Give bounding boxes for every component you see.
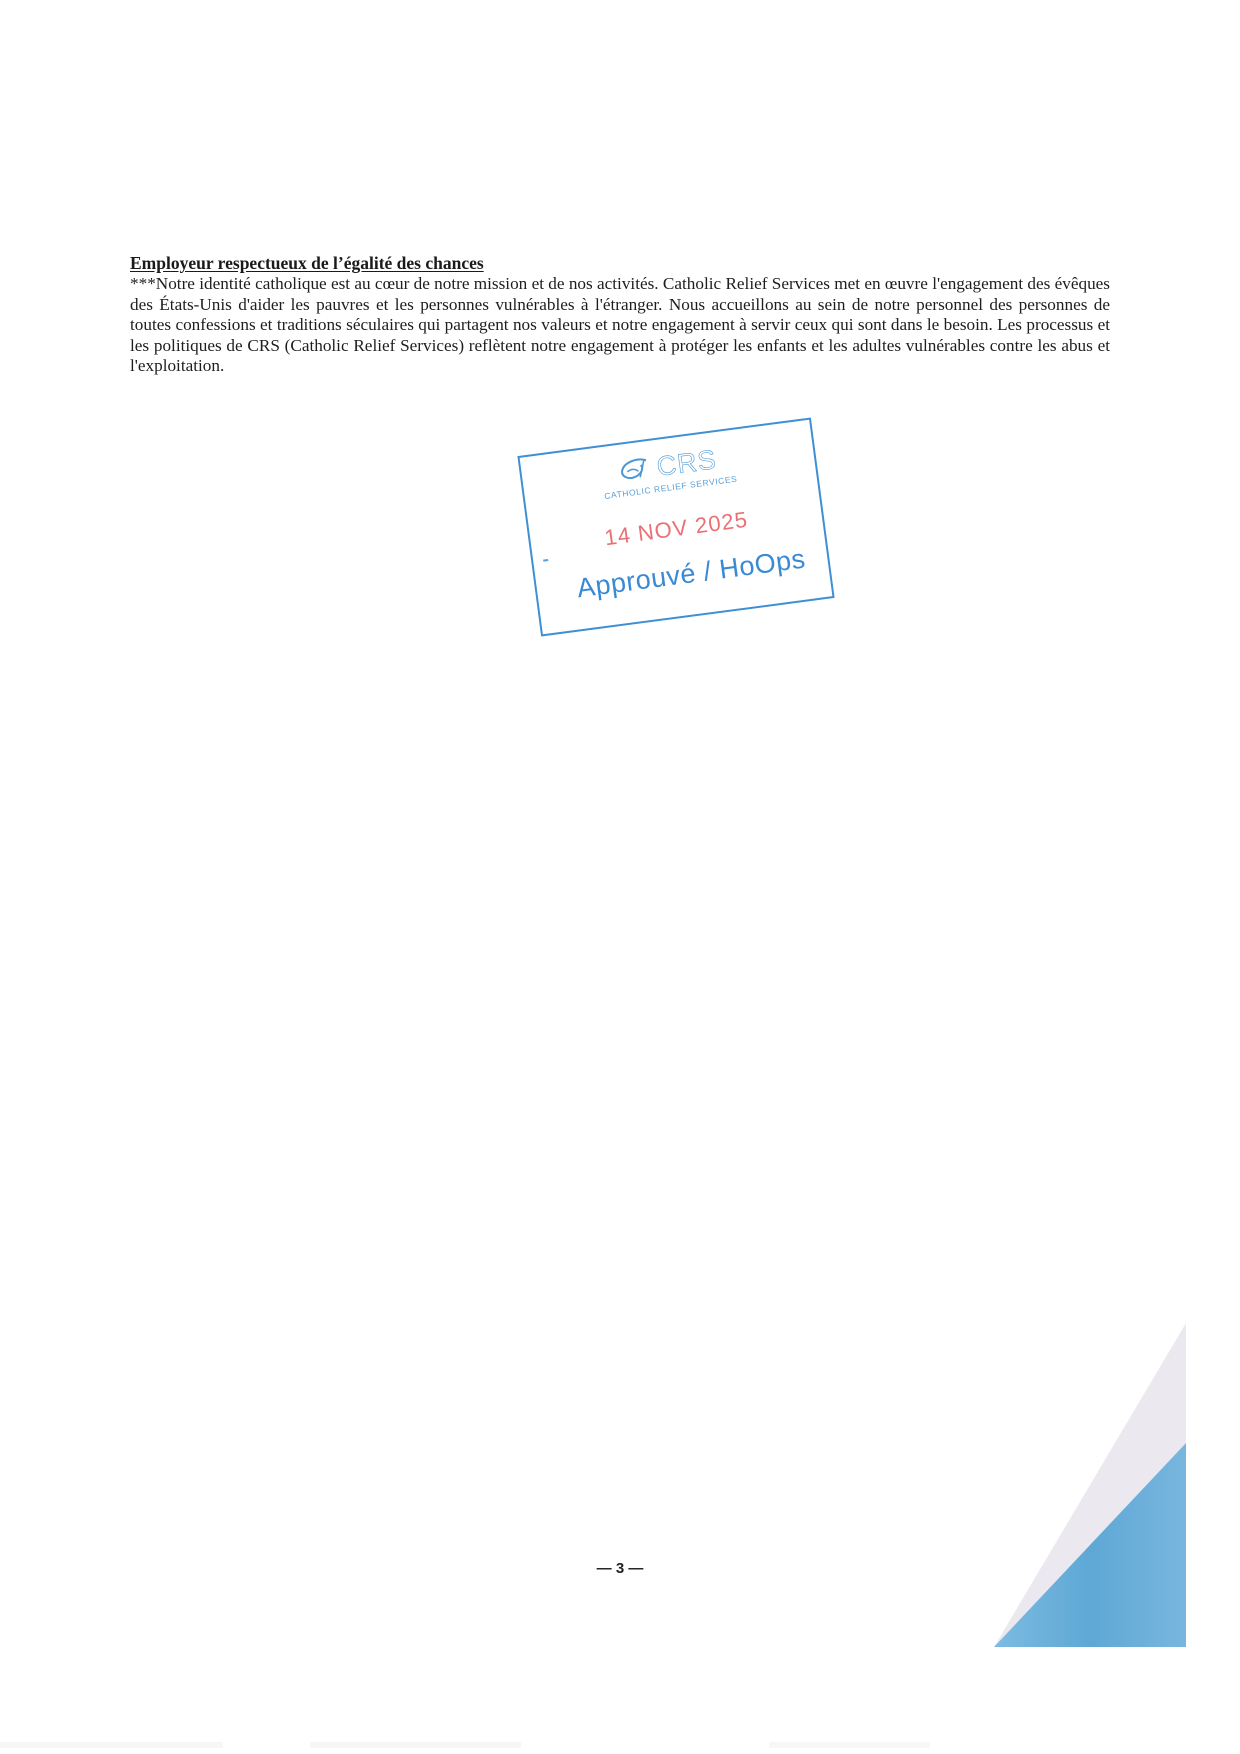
section-heading: Employeur respectueux de l’égalité des c… bbox=[130, 253, 1110, 274]
approval-stamp: CRS CATHOLIC RELIEF SERVICES 14 NOV 2025… bbox=[517, 417, 834, 636]
corner-triangle-graphic-icon bbox=[990, 1315, 1190, 1655]
scan-artifact bbox=[0, 1742, 1240, 1748]
crs-logo-icon bbox=[618, 457, 655, 483]
equal-opportunity-section: Employeur respectueux de l’égalité des c… bbox=[130, 253, 1110, 377]
stamp-logo-text: CRS bbox=[655, 446, 718, 480]
stamp-logo: CRS CATHOLIC RELIEF SERVICES bbox=[521, 434, 816, 512]
section-body-text: ***Notre identité catholique est au cœur… bbox=[130, 274, 1110, 377]
